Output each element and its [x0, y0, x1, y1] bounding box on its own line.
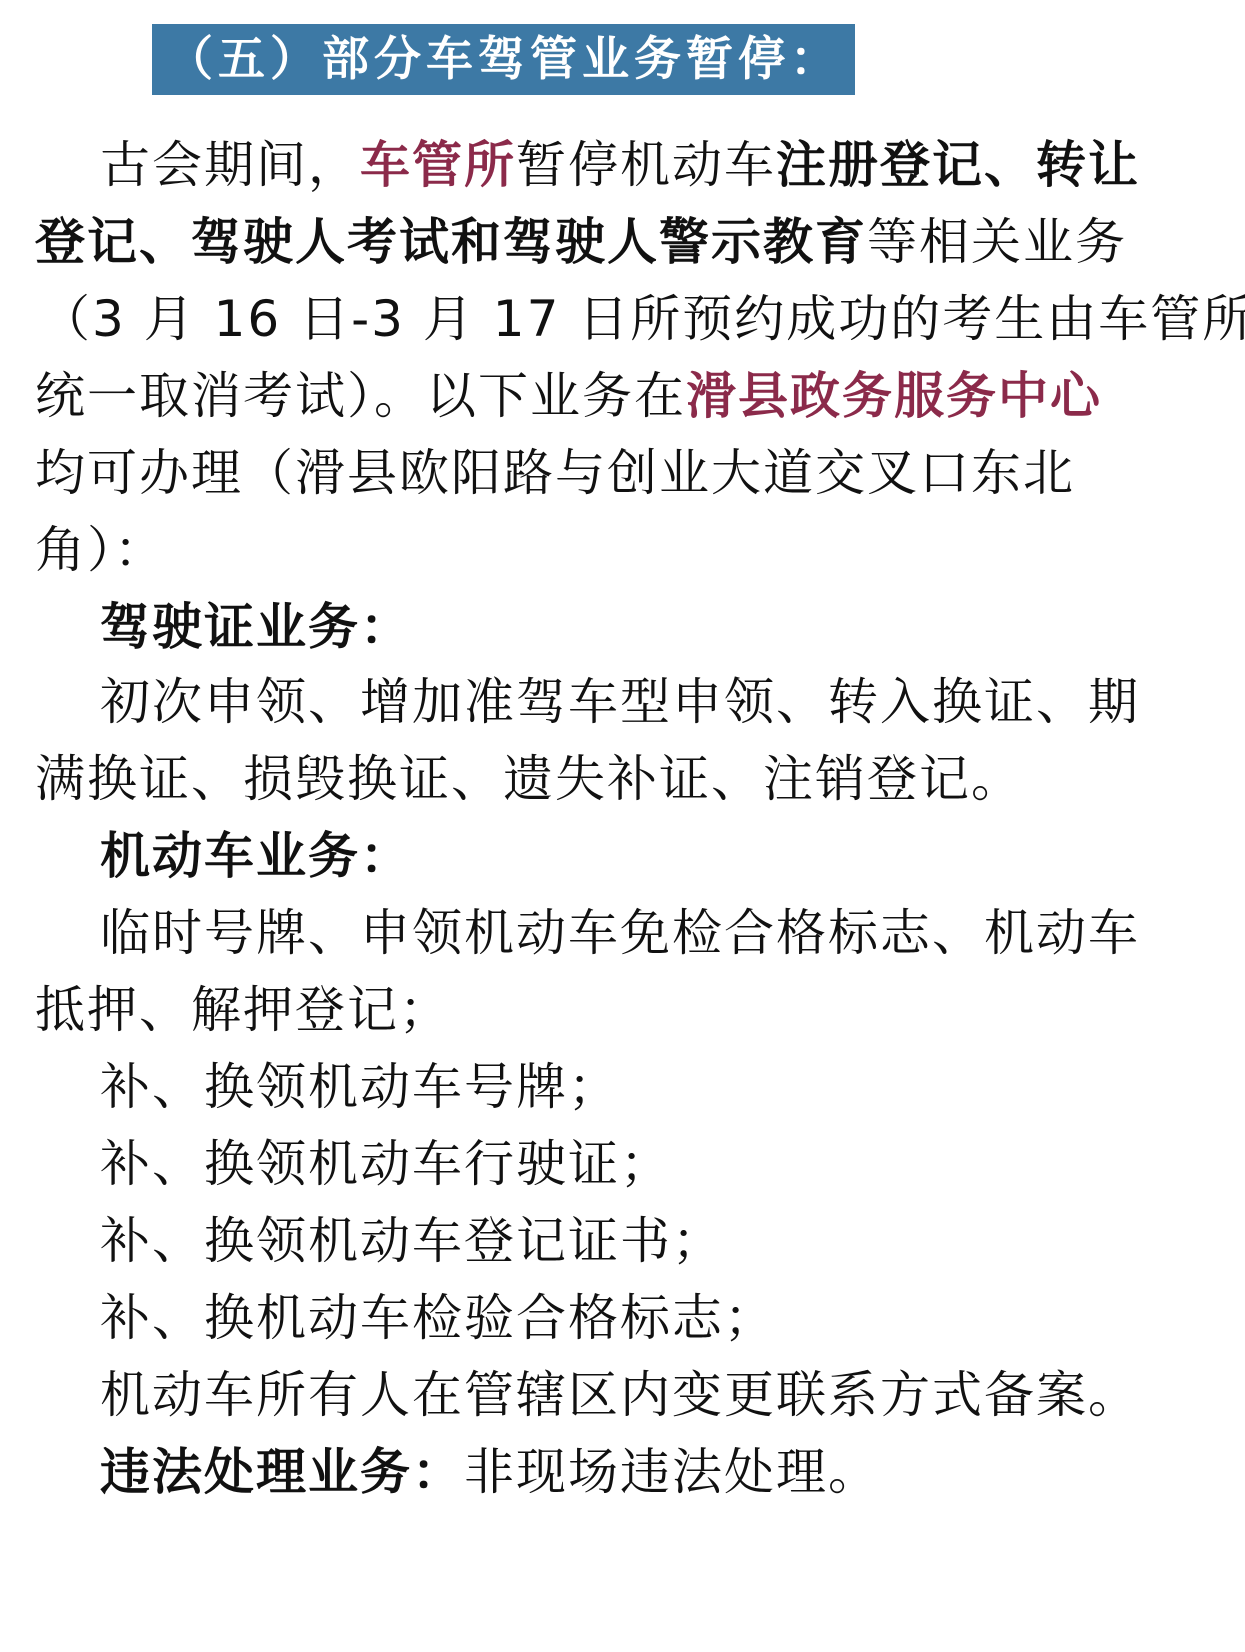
license-line-1: 初次申领、增加准驾车型申领、转入换证、期 — [100, 672, 1140, 732]
vehicle-heading: 机动车业务： — [100, 826, 412, 886]
highlight-vehicle-office: 车管所 — [360, 136, 516, 194]
text: 统一取消考试）。以下业务在 — [35, 367, 686, 425]
section-title-banner: （五）部分车驾管业务暂停： — [152, 24, 855, 95]
license-heading: 驾驶证业务： — [100, 597, 412, 657]
vehicle-item: 补、换领机动车号牌； — [100, 1057, 620, 1117]
section-title: （五）部分车驾管业务暂停： — [166, 32, 842, 87]
text: 古会期间， — [100, 136, 360, 194]
bold-text: 注册登记、转让 — [776, 136, 1140, 194]
violation-line: 违法处理业务：非现场违法处理。 — [100, 1442, 880, 1502]
vehicle-item: 补、换机动车检验合格标志； — [100, 1288, 776, 1348]
license-line-2: 满换证、损毁换证、遗失补证、注销登记。 — [35, 749, 1023, 809]
vehicle-line-2: 抵押、解押登记； — [35, 980, 451, 1040]
violation-text: 非现场违法处理。 — [464, 1443, 880, 1501]
highlight-service-center: 滑县政务服务中心 — [686, 367, 1102, 425]
vehicle-item: 补、换领机动车登记证书； — [100, 1211, 724, 1271]
vehicle-item: 机动车所有人在管辖区内变更联系方式备案。 — [100, 1365, 1140, 1425]
text: 角）： — [35, 521, 166, 579]
text: 均可办理（滑县欧阳路与创业大道交叉口东北 — [35, 444, 1075, 502]
violation-heading: 违法处理业务： — [100, 1443, 464, 1501]
text: 暂停机动车 — [516, 136, 776, 194]
text: （3 月 16 日-3 月 17 日所预约成功的考生由车管所 — [40, 290, 1245, 348]
vehicle-item: 补、换领机动车行驶证； — [100, 1134, 672, 1194]
intro-line-3: （3 月 16 日-3 月 17 日所预约成功的考生由车管所 — [40, 289, 1245, 349]
text: 等相关业务 — [867, 213, 1127, 271]
intro-line-5: 均可办理（滑县欧阳路与创业大道交叉口东北 — [35, 443, 1075, 503]
intro-line-1: 古会期间，车管所暂停机动车注册登记、转让 — [100, 135, 1140, 195]
bold-text: 登记、驾驶人考试和驾驶人警示教育 — [35, 213, 867, 271]
intro-line-4: 统一取消考试）。以下业务在滑县政务服务中心 — [35, 366, 1102, 426]
intro-line-6: 角）： — [35, 520, 166, 580]
intro-line-2: 登记、驾驶人考试和驾驶人警示教育等相关业务 — [35, 212, 1127, 272]
vehicle-line-1: 临时号牌、申领机动车免检合格标志、机动车 — [100, 903, 1140, 963]
